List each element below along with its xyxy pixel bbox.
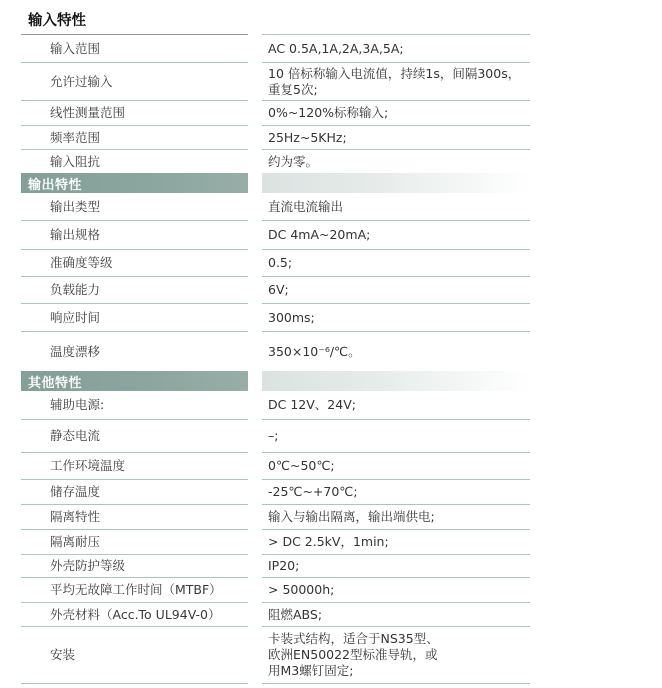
- spec-row: 线性测量范围 0%~120%标称输入;: [21, 101, 551, 126]
- spec-value: 300ms;: [262, 304, 530, 332]
- spec-value: –;: [262, 420, 530, 453]
- spec-label: 响应时间: [21, 304, 248, 332]
- spec-value: DC 12V、24V;: [262, 391, 530, 420]
- spec-label: 辅助电源:: [21, 391, 248, 420]
- spec-value: 0℃~50℃;: [262, 453, 530, 480]
- spec-row: 输出规格 DC 4mA~20mA;: [21, 221, 551, 250]
- spec-label: 隔离特性: [21, 505, 248, 530]
- spec-label: 工作环境温度: [21, 453, 248, 480]
- spec-label: 允许过输入: [21, 63, 248, 101]
- spec-label: 安装: [21, 627, 248, 684]
- spec-label: 负载能力: [21, 277, 248, 304]
- spec-label: 输入范围: [21, 35, 248, 63]
- spec-label: 准确度等级: [21, 250, 248, 277]
- spec-label: 外壳材料（Acc.To UL94V-0）: [21, 603, 248, 627]
- spec-value: 0.5;: [262, 250, 530, 277]
- spec-label: 频率范围: [21, 126, 248, 150]
- spec-row: 温度漂移 350×10⁻⁶/℃。: [21, 332, 551, 371]
- spec-row: 频率范围 25Hz~5KHz;: [21, 126, 551, 150]
- section-title-input: 输入特性: [21, 6, 248, 35]
- spec-label: 平均无故障工作时间（MTBF）: [21, 578, 248, 603]
- spec-value: 25Hz~5KHz;: [262, 126, 530, 150]
- spec-row: 响应时间 300ms;: [21, 304, 551, 332]
- spec-value: AC 0.5A,1A,2A,3A,5A;: [262, 35, 530, 63]
- spec-value: 10 倍标称输入电流值，持续1s，间隔300s， 重复5次;: [262, 63, 530, 101]
- spec-value: 约为零。: [262, 150, 530, 173]
- section-header-other: 其他特性: [21, 371, 551, 391]
- spec-row: 外壳材料（Acc.To UL94V-0） 阻燃ABS;: [21, 603, 551, 627]
- spec-value: 直流电流输出: [262, 193, 530, 221]
- spec-row: 负载能力 6V;: [21, 277, 551, 304]
- spec-label: 外壳防护等级: [21, 555, 248, 578]
- spec-value: IP20;: [262, 555, 530, 578]
- section-header-output: 输出特性: [21, 173, 551, 193]
- spec-label: 输出规格: [21, 221, 248, 250]
- spec-label: 隔离耐压: [21, 530, 248, 555]
- spec-value: > DC 2.5kV，1min;: [262, 530, 530, 555]
- spec-sheet: 输入特性 输入范围 AC 0.5A,1A,2A,3A,5A; 允许过输入 10 …: [0, 0, 551, 688]
- spec-label: 输出类型: [21, 193, 248, 221]
- spec-row: 隔离特性 输入与输出隔离，输出端供电;: [21, 505, 551, 530]
- section-title-row: 输入特性: [21, 6, 551, 35]
- spec-row: 允许过输入 10 倍标称输入电流值，持续1s，间隔300s， 重复5次;: [21, 63, 551, 101]
- spec-label: 输入阻抗: [21, 150, 248, 173]
- spec-row: 工作环境温度 0℃~50℃;: [21, 453, 551, 480]
- section-header-fade-bar: [262, 371, 530, 391]
- spec-value: 输入与输出隔离，输出端供电;: [262, 505, 530, 530]
- spec-row: 输入范围 AC 0.5A,1A,2A,3A,5A;: [21, 35, 551, 63]
- spec-value: DC 4mA~20mA;: [262, 221, 530, 250]
- spec-row: 外壳防护等级 IP20;: [21, 555, 551, 578]
- spec-row: 输出类型 直流电流输出: [21, 193, 551, 221]
- section-header-fade-bar: [262, 173, 530, 193]
- spec-row: 辅助电源: DC 12V、24V;: [21, 391, 551, 420]
- spec-value: -25℃~+70℃;: [262, 480, 530, 505]
- spec-value: 350×10⁻⁶/℃。: [262, 332, 530, 371]
- spec-value: 6V;: [262, 277, 530, 304]
- spec-value: 阻燃ABS;: [262, 603, 530, 627]
- title-underline: [262, 6, 530, 35]
- spec-value: 卡装式结构，适合于NS35型、 欧洲EN50022型标准导轨，或 用M3螺钉固定…: [262, 627, 530, 684]
- spec-label: 静态电流: [21, 420, 248, 453]
- spec-row: 储存温度 -25℃~+70℃;: [21, 480, 551, 505]
- section-header-label: 输出特性: [21, 173, 248, 193]
- spec-label: 储存温度: [21, 480, 248, 505]
- spec-row: 隔离耐压 > DC 2.5kV，1min;: [21, 530, 551, 555]
- spec-label: 温度漂移: [21, 332, 248, 371]
- spec-value: > 50000h;: [262, 578, 530, 603]
- spec-row: 静态电流 –;: [21, 420, 551, 453]
- spec-label: 线性测量范围: [21, 101, 248, 126]
- spec-row: 准确度等级 0.5;: [21, 250, 551, 277]
- spec-row: 平均无故障工作时间（MTBF） > 50000h;: [21, 578, 551, 603]
- section-header-label: 其他特性: [21, 371, 248, 391]
- spec-row: 输入阻抗 约为零。: [21, 150, 551, 173]
- spec-value: 0%~120%标称输入;: [262, 101, 530, 126]
- spec-row: 安装 卡装式结构，适合于NS35型、 欧洲EN50022型标准导轨，或 用M3螺…: [21, 627, 551, 684]
